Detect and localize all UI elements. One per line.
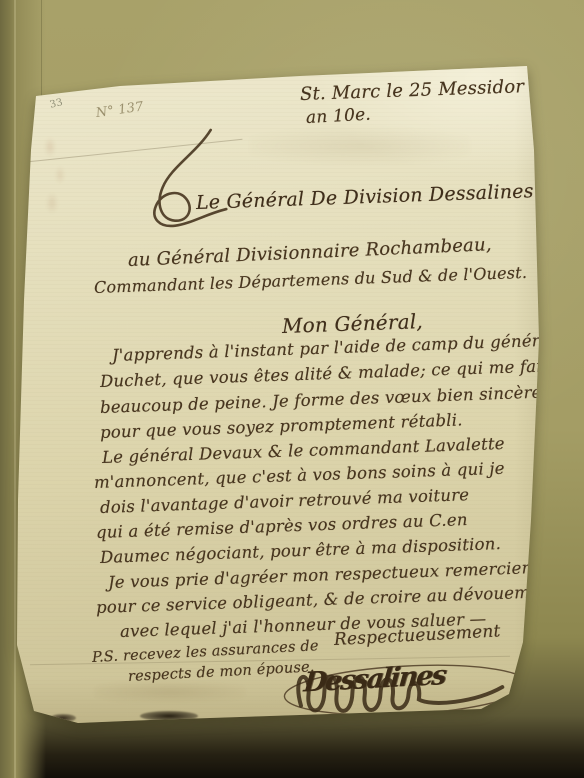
manuscript-photo: 33 N° 137 St. Marc le 25 Messidor an 10e… [0,0,584,778]
corner-number-annotation: 33 [49,97,64,111]
page-shadow: 33 N° 137 St. Marc le 25 Messidor an 10e… [0,0,584,778]
show-through-smudge-bottom [95,682,245,702]
archive-number-annotation: N° 137 [95,99,145,121]
ink-blot [140,711,198,721]
salutation: Mon Général, [282,309,424,338]
initial-flourish-icon [125,124,242,231]
ink-bleed-marks [38,135,78,220]
dateline-place-date: St. Marc le 25 Messidor [300,76,525,105]
dateline-year: an 10e. [305,105,371,128]
sender-line: Le Général De Division Dessalines [196,180,534,214]
show-through-smudge [250,126,470,166]
ink-blot-small [50,714,76,722]
letter-page: 33 N° 137 St. Marc le 25 Messidor an 10e… [0,0,584,778]
